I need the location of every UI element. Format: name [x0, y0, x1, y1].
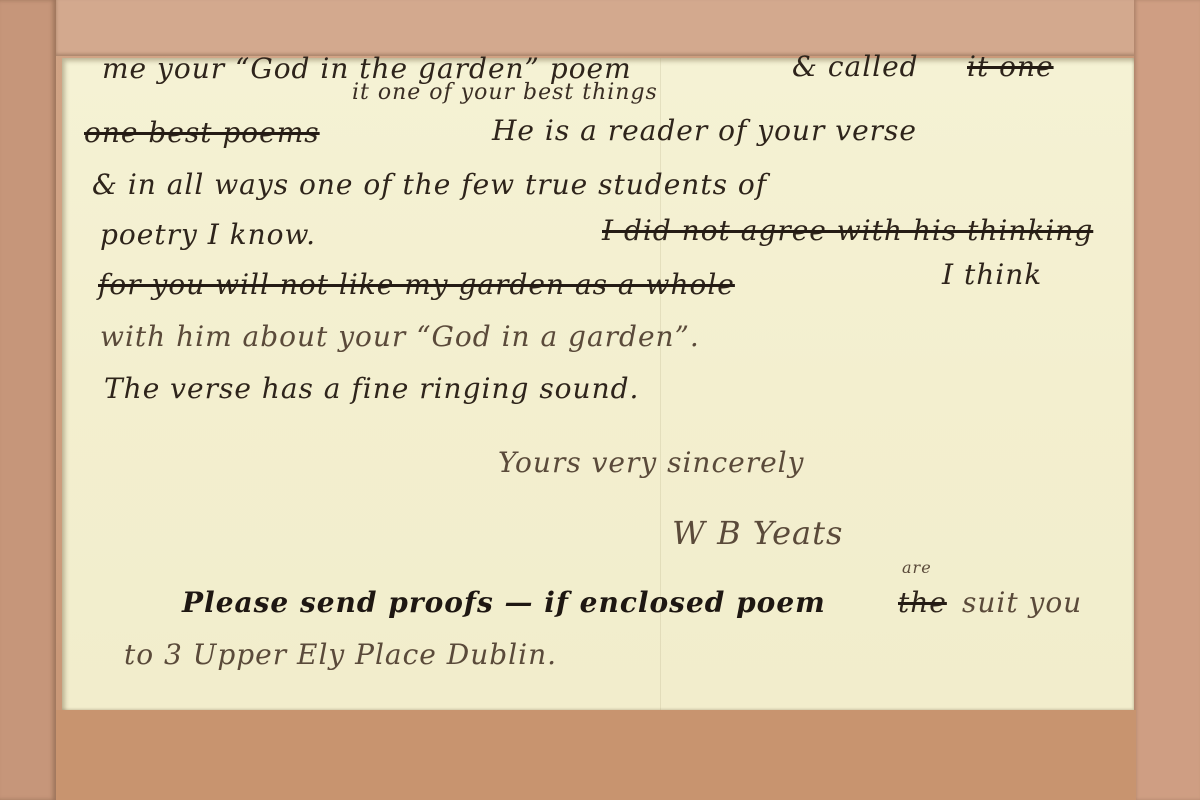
mat-left-edge — [0, 0, 56, 800]
mat-right-edge — [1134, 0, 1200, 800]
postscript-line-1b: suit you — [962, 586, 1082, 619]
letter-paper: me your “God in the garden” poem & calle… — [62, 58, 1134, 710]
letter-line-3: & in all ways one of the few true studen… — [92, 168, 767, 201]
letter-closing: Yours very sincerely — [498, 446, 804, 479]
letter-line-6: with him about your “God in a garden”. — [100, 320, 700, 353]
letter-line-1b: & called — [792, 50, 919, 83]
struck-text: it one — [967, 50, 1054, 83]
struck-text: one best poems — [84, 116, 320, 149]
letter-line-4: poetry I know. — [100, 218, 316, 251]
letter-line-7: The verse has a fine ringing sound. — [104, 372, 639, 405]
postscript-line-2: to 3 Upper Ely Place Dublin. — [124, 638, 557, 671]
letter-line-5: I think — [942, 258, 1042, 291]
struck-text: for you will not like my garden as a who… — [98, 268, 735, 301]
mat-bottom-edge — [56, 710, 1136, 800]
postscript-line-1: Please send proofs — if enclosed poem — [182, 586, 826, 619]
letter-line-2: He is a reader of your verse — [492, 114, 917, 147]
mat-top-edge — [56, 0, 1141, 56]
struck-text: I did not agree with his thinking — [602, 214, 1093, 247]
letter-signature: W B Yeats — [672, 514, 843, 552]
insertion-text: it one of your best things — [352, 80, 658, 105]
insertion-text: are — [902, 558, 932, 577]
struck-text: the — [898, 586, 947, 619]
